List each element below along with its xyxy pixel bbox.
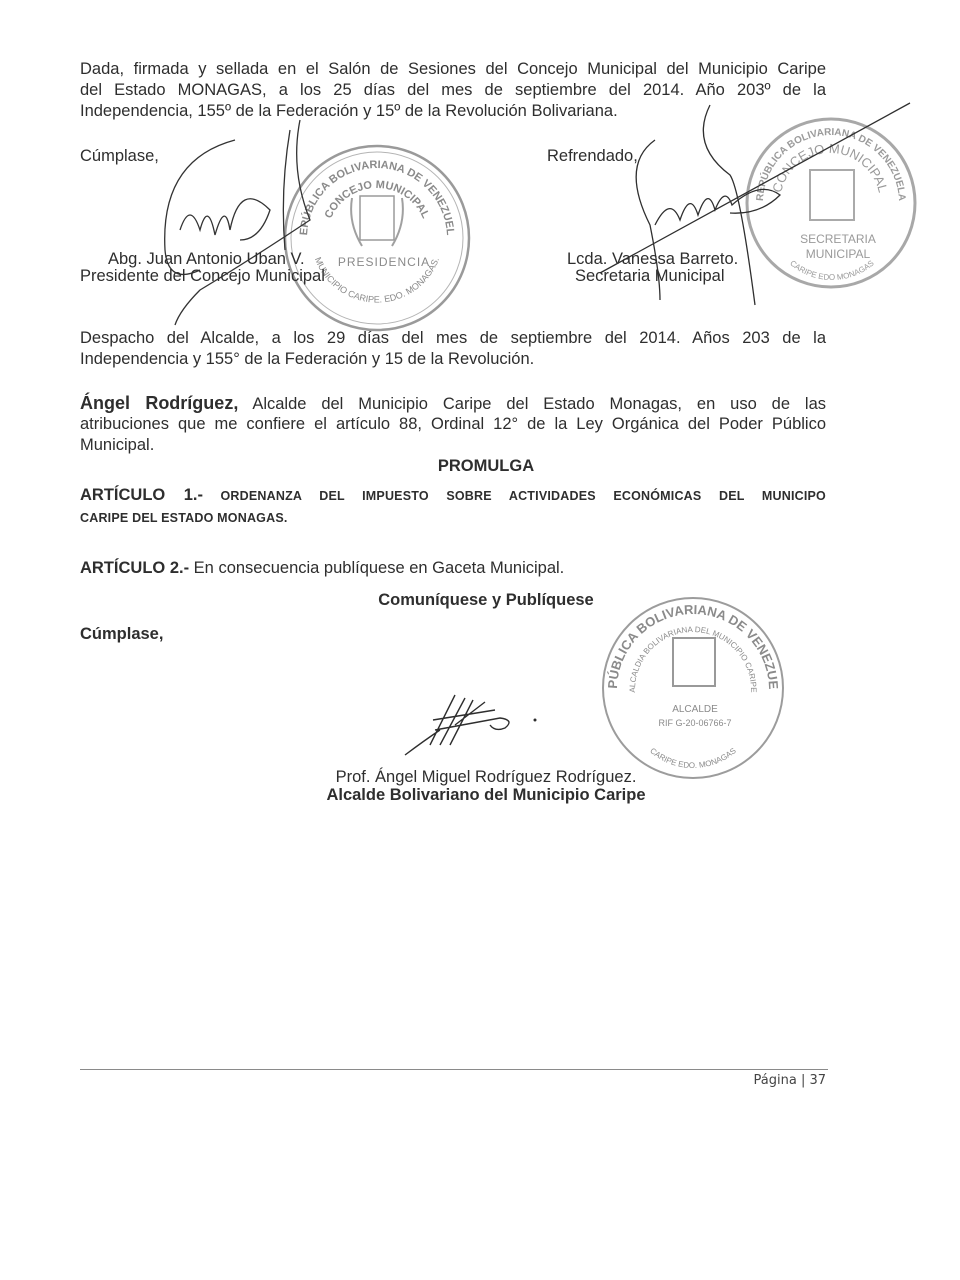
angel-rodriguez-lead: Ángel Rodríguez, bbox=[80, 393, 238, 413]
page-number: Página | 37 bbox=[754, 1073, 826, 1088]
promulga-heading: PROMULGA bbox=[0, 456, 960, 477]
secretaria-title: Secretaria Municipal bbox=[575, 266, 724, 287]
president-title: Presidente del Concejo Municipal bbox=[80, 266, 325, 287]
svg-text:ALCALDIA BOLIVARIANA DEL MUNIC: ALCALDIA BOLIVARIANA DEL MUNICIPIO CARIP… bbox=[628, 625, 758, 693]
articulo-2: ARTÍCULO 2.- En consecuencia publíquese … bbox=[80, 558, 564, 579]
mayor-title: Alcalde Bolivariano del Municipio Caripe bbox=[0, 785, 960, 806]
alcaldia-seal-icon: REPÚBLICA BOLIVARIANA DE VENEZUELA ALCAL… bbox=[595, 590, 805, 790]
svg-text:RIF G-20-06766-7: RIF G-20-06766-7 bbox=[658, 718, 731, 728]
articulo-2-label: ARTÍCULO 2.- bbox=[80, 559, 189, 577]
president-signature-icon bbox=[140, 110, 340, 330]
paragraph-despacho-line-1: Despacho del Alcalde, a los 29 días del … bbox=[80, 328, 826, 349]
paragraph-dada-line-1: Dada, firmada y sellada en el Salón de S… bbox=[80, 59, 826, 80]
document-page: Dada, firmada y sellada en el Salón de S… bbox=[0, 0, 960, 1280]
articulo-1-label: ARTÍCULO 1.- bbox=[80, 486, 203, 504]
paragraph-angel-line-3: Municipal. bbox=[80, 435, 154, 456]
articulo-1-line-2: CARIPE DEL ESTADO MONAGAS. bbox=[80, 508, 288, 529]
footer-divider bbox=[80, 1069, 828, 1070]
svg-text:ALCALDE: ALCALDE bbox=[672, 704, 718, 715]
svg-text:PRESIDENCIA: PRESIDENCIA bbox=[338, 255, 430, 269]
paragraph-angel-line-1: Ángel Rodríguez, Alcalde del Municipio C… bbox=[80, 393, 826, 415]
paragraph-angel-line-2: atribuciones que me confiere el artículo… bbox=[80, 414, 826, 435]
comuniquese-heading: Comuníquese y Publíquese bbox=[0, 590, 960, 611]
cumplase-label-bottom: Cúmplase, bbox=[80, 624, 163, 645]
mayor-signature-icon bbox=[395, 690, 555, 760]
paragraph-despacho-line-2: Independencia y 155° de la Federación y … bbox=[80, 349, 826, 370]
articulo-1-line-1: ARTÍCULO 1.- ORDENANZA DEL IMPUESTO SOBR… bbox=[80, 485, 826, 507]
